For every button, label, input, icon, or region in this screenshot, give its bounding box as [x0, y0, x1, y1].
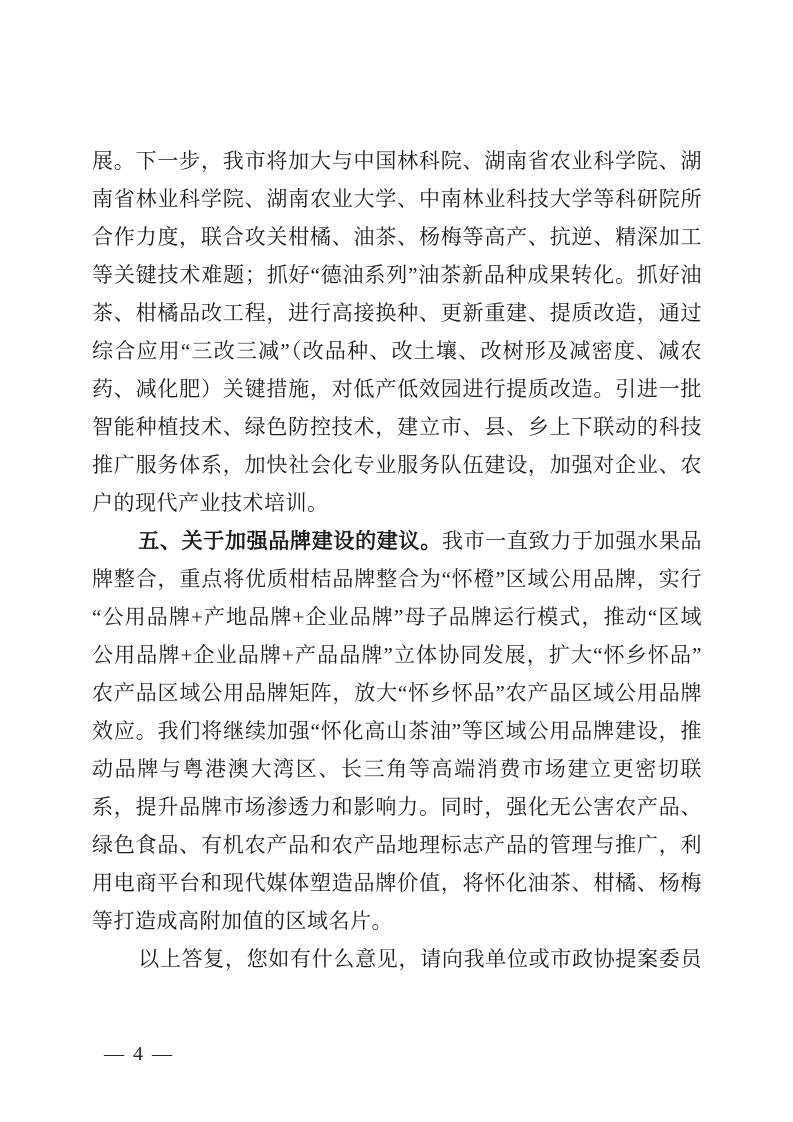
text-segment: 农产品区域公用品牌矩阵，放大“怀乡怀品”农产品区域公用品牌 [92, 681, 702, 705]
text-segment: 茶、柑橘品改工程，进行高接换种、更新重建、提质改造，通过 [92, 301, 702, 325]
text-segment: 系，提升品牌市场渗透力和影响力。同时，强化无公害农产品、 [92, 795, 702, 819]
document-page: 展。下一步，我市将加大与中国林科院、湖南省农业科学院、湖南省林业科学院、湖南农业… [0, 0, 793, 1122]
text-segment: 合作力度，联合攻关柑橘、油茶、杨梅等高产、抗逆、精深加工 [92, 225, 702, 249]
text-segment: 智能种植技术、绿色防控技术，建立市、县、乡上下联动的科技 [92, 415, 702, 439]
document-body: 展。下一步，我市将加大与中国林科院、湖南省农业科学院、湖南省林业科学院、湖南农业… [92, 142, 702, 978]
text-segment: 推广服务体系，加快社会化专业服务队伍建设，加强对企业、农 [92, 453, 702, 477]
paragraph: 以上答复，您如有什么意见，请向我单位或市政协提案委员 [92, 940, 702, 978]
document-line: 智能种植技术、绿色防控技术，建立市、县、乡上下联动的科技 [92, 408, 702, 446]
text-segment: 以上答复，您如有什么意见，请向我单位或市政协提案委员 [138, 947, 702, 971]
document-line: 效应。我们将继续加强“怀化高山茶油”等区域公用品牌建设，推 [92, 712, 702, 750]
document-line: 等关键技术难题；抓好“德油系列”油茶新品种成果转化。抓好油 [92, 256, 702, 294]
text-segment: 药、减化肥）关键措施，对低产低效园进行提质改造。引进一批 [92, 377, 702, 401]
document-line: 茶、柑橘品改工程，进行高接换种、更新重建、提质改造，通过 [92, 294, 702, 332]
document-line: 绿色食品、有机农产品和农产品地理标志产品的管理与推广，利 [92, 826, 702, 864]
document-line: 系，提升品牌市场渗透力和影响力。同时，强化无公害农产品、 [92, 788, 702, 826]
text-segment: 南省林业科学院、湖南农业大学、中南林业科技大学等科研院所 [92, 187, 702, 211]
text-segment: 户的现代产业技术培训。 [92, 491, 329, 515]
document-line: 用电商平台和现代媒体塑造品牌价值，将怀化油茶、柑橘、杨梅 [92, 864, 702, 902]
text-segment: 效应。我们将继续加强“怀化高山茶油”等区域公用品牌建设，推 [92, 719, 702, 743]
document-line: 展。下一步，我市将加大与中国林科院、湖南省农业科学院、湖 [92, 142, 702, 180]
document-line: “公用品牌+产地品牌+企业品牌”母子品牌运行模式，推动“区域 [92, 598, 702, 636]
text-segment: 等关键技术难题；抓好“德油系列”油茶新品种成果转化。抓好油 [92, 263, 702, 287]
document-line: 动品牌与粤港澳大湾区、长三角等高端消费市场建立更密切联 [92, 750, 702, 788]
text-segment: 公用品牌+企业品牌+产品品牌”立体协同发展，扩大“怀乡怀品” [92, 643, 702, 667]
document-line: 等打造成高附加值的区域名片。 [92, 902, 702, 940]
document-line: 合作力度，联合攻关柑橘、油茶、杨梅等高产、抗逆、精深加工 [92, 218, 702, 256]
text-segment: 牌整合，重点将优质柑桔品牌整合为“怀橙”区域公用品牌，实行 [92, 567, 702, 591]
text-segment: 展。下一步，我市将加大与中国林科院、湖南省农业科学院、湖 [92, 149, 702, 173]
paragraph: 展。下一步，我市将加大与中国林科院、湖南省农业科学院、湖南省林业科学院、湖南农业… [92, 142, 702, 522]
document-line: 以上答复，您如有什么意见，请向我单位或市政协提案委员 [92, 940, 702, 978]
page-number: — 4 — [104, 1042, 174, 1066]
document-line: 药、减化肥）关键措施，对低产低效园进行提质改造。引进一批 [92, 370, 702, 408]
text-segment: 等打造成高附加值的区域名片。 [92, 909, 393, 933]
text-segment: 我市一直致力于加强水果品 [442, 529, 702, 553]
document-line: 推广服务体系，加快社会化专业服务队伍建设，加强对企业、农 [92, 446, 702, 484]
text-segment: 综合应用“三改三减”（改品种、改土壤、改树形及减密度、减农 [92, 339, 702, 363]
document-line: 五、关于加强品牌建设的建议。我市一直致力于加强水果品 [92, 522, 702, 560]
document-line: 户的现代产业技术培训。 [92, 484, 702, 522]
document-line: 综合应用“三改三减”（改品种、改土壤、改树形及减密度、减农 [92, 332, 702, 370]
document-line: 公用品牌+企业品牌+产品品牌”立体协同发展，扩大“怀乡怀品” [92, 636, 702, 674]
text-segment: 用电商平台和现代媒体塑造品牌价值，将怀化油茶、柑橘、杨梅 [92, 871, 702, 895]
text-segment: “公用品牌+产地品牌+企业品牌”母子品牌运行模式，推动“区域 [92, 605, 702, 629]
document-line: 南省林业科学院、湖南农业大学、中南林业科技大学等科研院所 [92, 180, 702, 218]
text-segment: 动品牌与粤港澳大湾区、长三角等高端消费市场建立更密切联 [92, 757, 702, 781]
text-segment: 绿色食品、有机农产品和农产品地理标志产品的管理与推广，利 [92, 833, 702, 857]
paragraph: 五、关于加强品牌建设的建议。我市一直致力于加强水果品牌整合，重点将优质柑桔品牌整… [92, 522, 702, 940]
document-line: 牌整合，重点将优质柑桔品牌整合为“怀橙”区域公用品牌，实行 [92, 560, 702, 598]
document-line: 农产品区域公用品牌矩阵，放大“怀乡怀品”农产品区域公用品牌 [92, 674, 702, 712]
section-heading: 五、关于加强品牌建设的建议。 [138, 530, 442, 553]
